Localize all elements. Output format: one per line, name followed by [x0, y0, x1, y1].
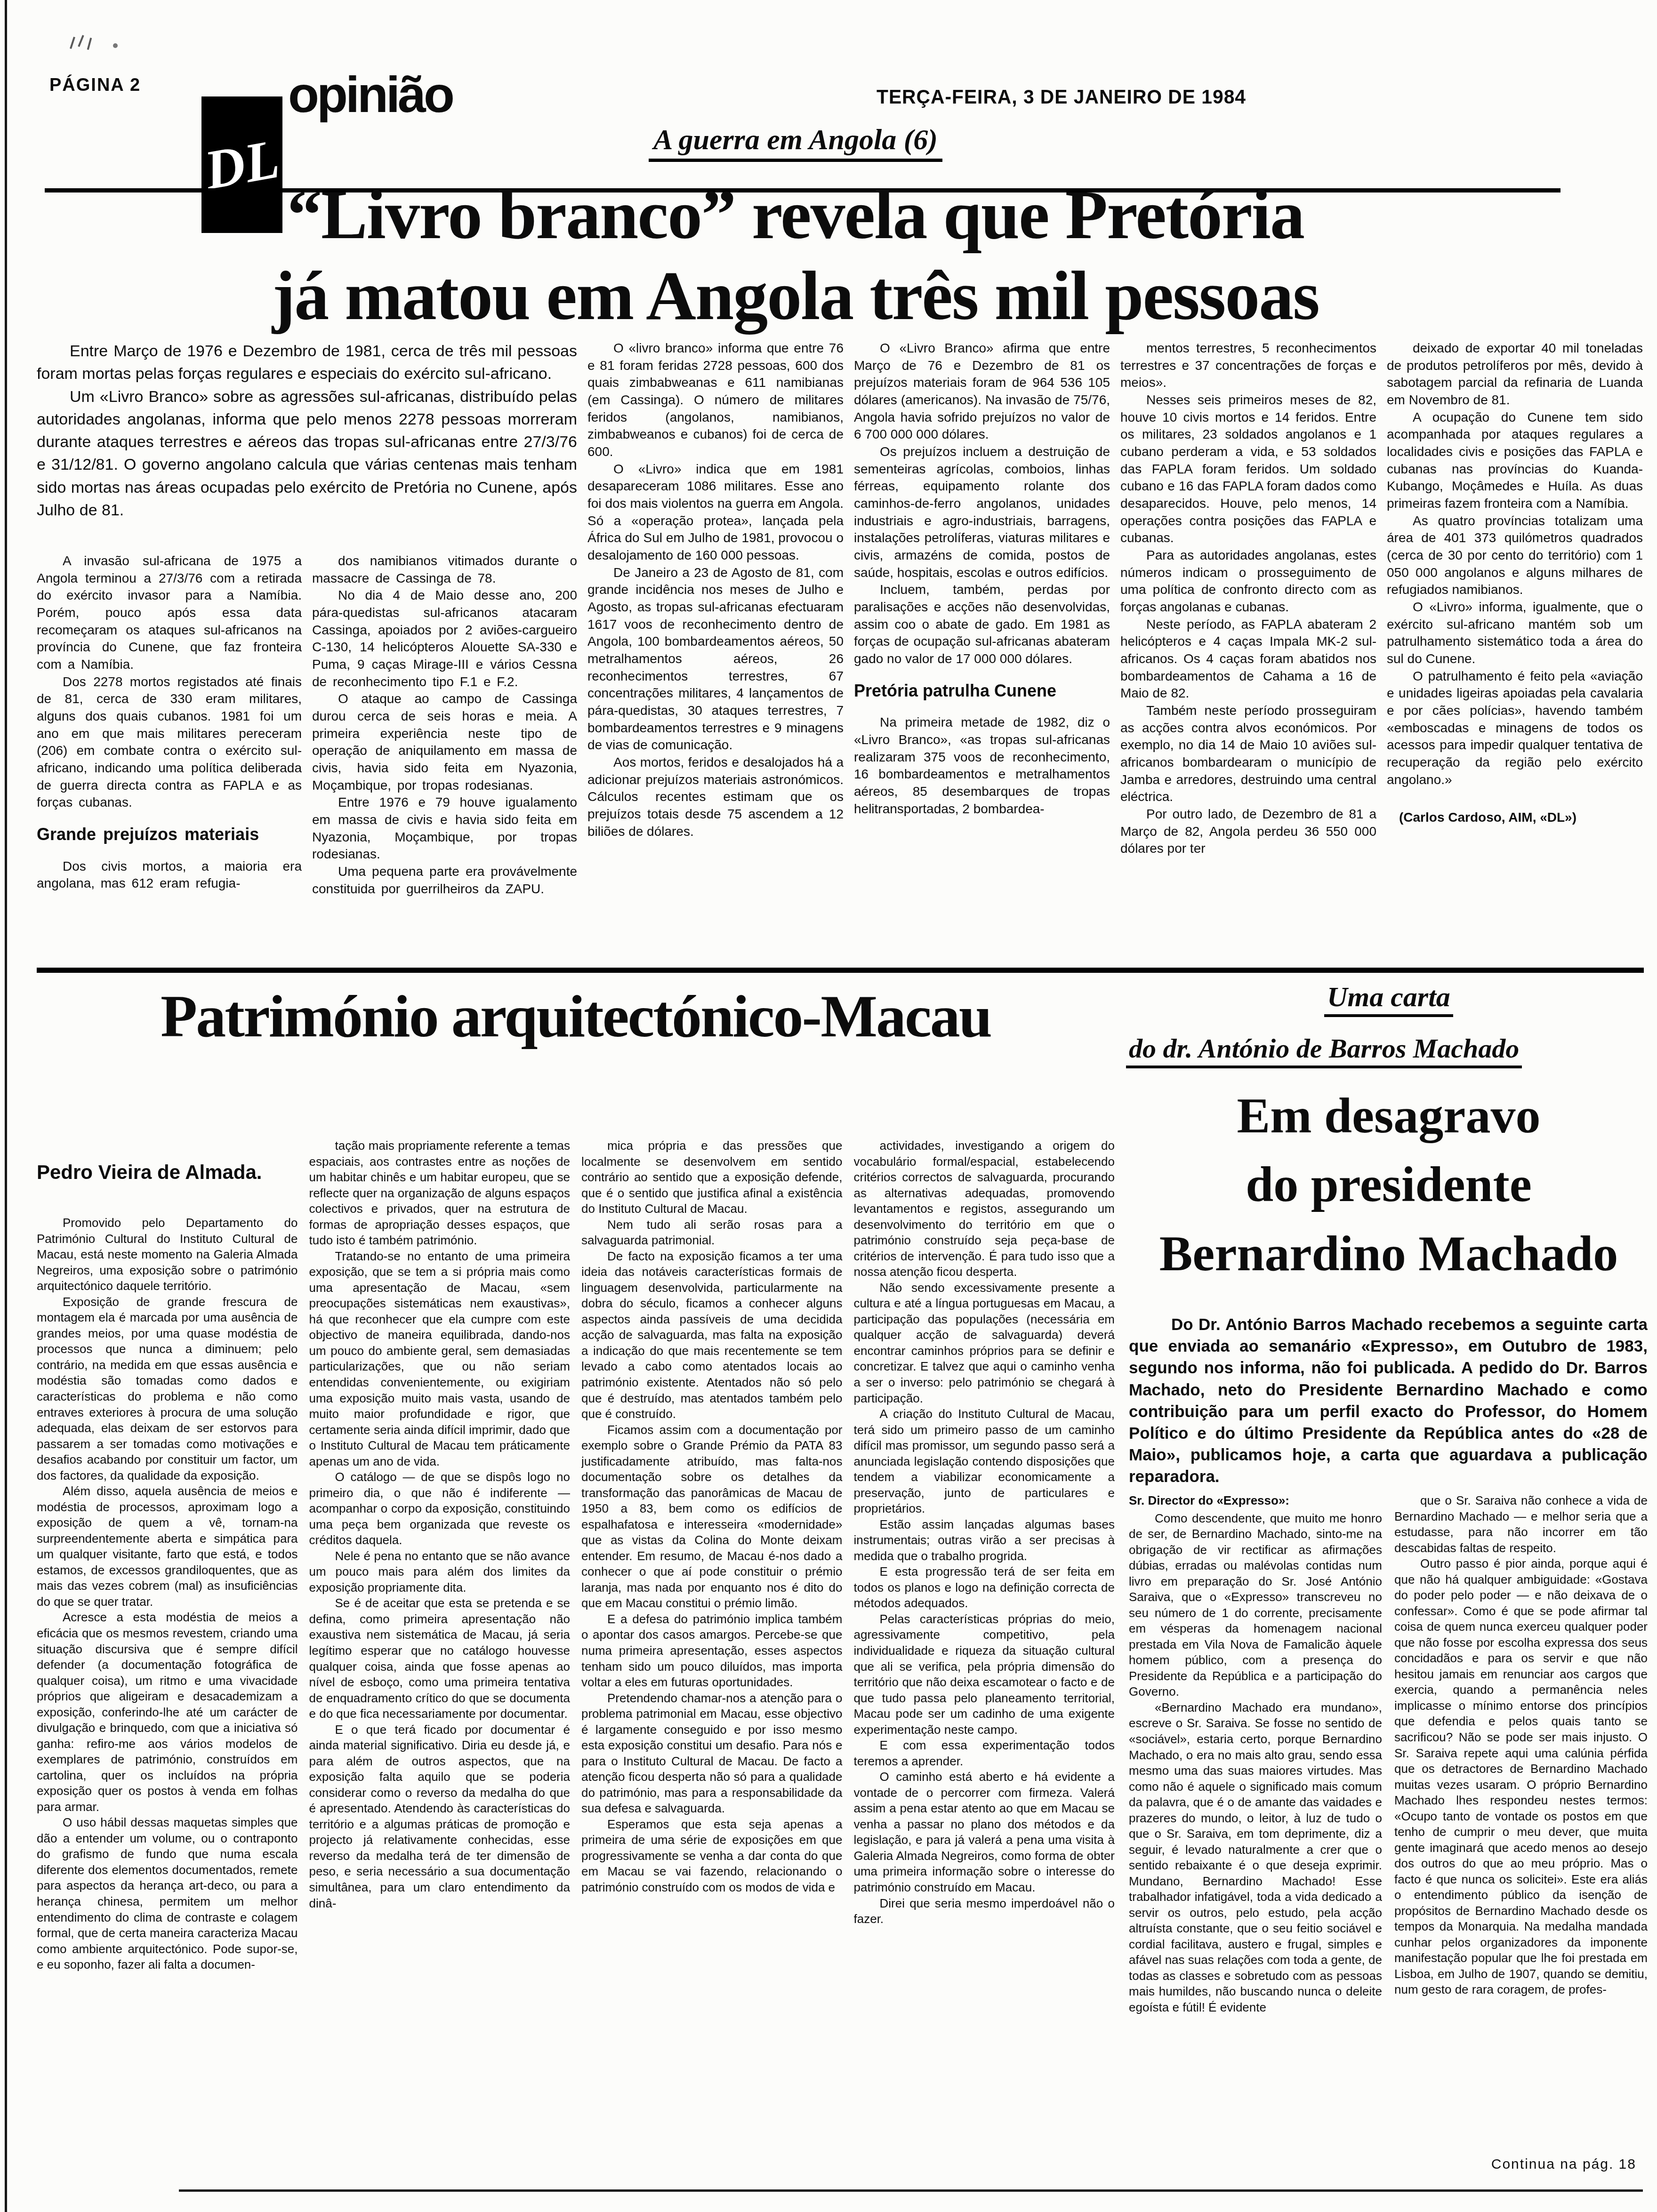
paragraph: Promovido pelo Departamento do Patrimóni…: [37, 1215, 298, 1294]
section-title: opinião: [288, 65, 452, 124]
paragraph: A criação do Instituto Cultural de Macau…: [854, 1406, 1115, 1517]
paragraph: actividades, investigando a origem do vo…: [854, 1138, 1115, 1280]
paragraph: Incluem, também, perdas por paralisações…: [854, 581, 1110, 667]
paragraph: Estão assim lançadas algumas bases instr…: [854, 1517, 1115, 1564]
page-number-label: PÁGINA 2: [49, 75, 141, 96]
paragraph: Se é de aceitar que esta se pretenda e s…: [309, 1595, 571, 1722]
paragraph: O caminho está aberto e há evidente a vo…: [854, 1769, 1115, 1895]
text-column: mentos terrestres, 5 reconhecimentos ter…: [1120, 340, 1376, 961]
paragraph: De Janeiro a 23 de Agosto de 81, com gra…: [587, 564, 844, 754]
angola-columns-1-2: A invasão sul-africana de 1975 a Angola …: [37, 553, 577, 961]
paragraph: Por outro lado, de Dezembro de 81 a Març…: [1120, 806, 1376, 858]
paragraph: A invasão sul-africana de 1975 a Angola …: [37, 553, 302, 673]
paragraph: Nem tudo ali serão rosas para a salvagua…: [581, 1217, 843, 1249]
paragraph: Do Dr. António Barros Machado recebemos …: [1129, 1314, 1648, 1488]
paragraph: Aos mortos, feridos e desalojados há a a…: [587, 754, 844, 840]
headline-line: Bernardino Machado: [1130, 1219, 1648, 1288]
paragraph: tação mais propriamente referente a tema…: [309, 1138, 571, 1249]
letter-salutation: Sr. Director do «Expresso»:: [1129, 1493, 1382, 1509]
paragraph: Para as autoridades angolanas, estes núm…: [1120, 547, 1376, 616]
pencil-marks: [70, 37, 75, 49]
paragraph: Acresce a esta modéstia de meios a eficá…: [37, 1610, 298, 1815]
paragraph: O «Livro» informa, igualmente, que o exé…: [1387, 599, 1643, 668]
paragraph: Um «Livro Branco» sobre as agressões sul…: [37, 385, 577, 522]
issue-date: TERÇA-FEIRA, 3 DE JANEIRO DE 1984: [877, 86, 1246, 109]
paragraph: que o Sr. Saraiva não conhece a vida de …: [1394, 1493, 1648, 1556]
paragraph: Outro passo é pior ainda, porque aqui é …: [1394, 1556, 1648, 1998]
headline-line: “Livro branco” revela que Pretória: [28, 175, 1563, 256]
paragraph: O «livro branco» informa que entre 76 e …: [587, 340, 844, 461]
lead-paragraphs: Entre Março de 1976 e Dezembro de 1981, …: [37, 340, 577, 553]
headline-line: do presidente: [1130, 1150, 1648, 1219]
paragraph: De facto na exposição ficamos a ter uma …: [581, 1249, 843, 1422]
paragraph: No dia 4 de Maio desse ano, 200 pára-que…: [312, 587, 577, 690]
continuation-note: Continua na pág. 18: [1130, 2156, 1636, 2172]
paragraph: Neste período, as FAPLA abateram 2 helic…: [1120, 616, 1376, 702]
paragraph: deixado de exportar 40 mil toneladas de …: [1387, 340, 1643, 409]
paragraph: A ocupação do Cunene tem sido acompanhad…: [1387, 409, 1643, 513]
paragraph: Dos civis mortos, a maioria era angolana…: [37, 858, 302, 892]
paragraph: Exposição de grande frescura de montagem…: [37, 1294, 298, 1483]
paragraph: Direi que seria mesmo imperdoável não o …: [854, 1896, 1115, 1927]
paragraph: mentos terrestres, 5 reconhecimentos ter…: [1120, 340, 1376, 392]
page-edge-line: [5, 0, 7, 2212]
paragraph: E a defesa do património implica também …: [581, 1611, 843, 1691]
letter-intro: Do Dr. António Barros Machado recebemos …: [1129, 1314, 1648, 1488]
paragraph: Como descendente, que muito me honro de …: [1129, 1511, 1382, 1700]
text-column: deixado de exportar 40 mil toneladas de …: [1387, 340, 1643, 961]
letter-kicker-line2: do dr. António de Barros Machado: [1126, 1033, 1648, 1064]
text-column: O «livro branco» informa que entre 76 e …: [587, 340, 844, 961]
paragraph: E esta progressão terá de ser feita em t…: [854, 1564, 1115, 1611]
bottom-rule: [179, 2189, 1643, 2192]
paragraph: Nesses seis primeiros meses de 82, houve…: [1120, 392, 1376, 547]
macau-byline: Pedro Vieira de Almada.: [37, 1160, 298, 1185]
paragraph: dos namibianos vitimados durante o massa…: [312, 553, 577, 587]
paragraph: Pretendendo chamar-nos a atenção para o …: [581, 1691, 843, 1817]
paragraph: Esperamos que esta seja apenas a primeir…: [581, 1817, 843, 1896]
text-column: tação mais propriamente referente a tema…: [309, 1138, 571, 2191]
text-column: dos namibianos vitimados durante o massa…: [312, 553, 577, 961]
ink-spot: [113, 43, 118, 48]
paragraph: O uso hábil dessas maquetas simples que …: [37, 1815, 298, 1972]
section-divider-rule: [37, 968, 1644, 973]
paragraph: O «Livro Branco» afirma que entre Março …: [854, 340, 1110, 443]
text-column: actividades, investigando a origem do vo…: [854, 1138, 1115, 2191]
headline-line: Em desagravo: [1130, 1082, 1648, 1150]
paragraph: Não sendo excessivamente presente a cult…: [854, 1280, 1115, 1406]
letter-body: Sr. Director do «Expresso»: Como descend…: [1129, 1493, 1648, 2151]
text-column: Pedro Vieira de Almada. Promovido pelo D…: [37, 1138, 298, 2191]
macau-article-headline: Património arquitectónico-Macau: [37, 982, 1115, 1051]
newspaper-page: PÁGINA 2 DL opinião TERÇA-FEIRA, 3 DE JA…: [0, 0, 1657, 2212]
paragraph: O catálogo — de que se dispôs logo no pr…: [309, 1469, 571, 1548]
angola-article-body: Entre Março de 1976 e Dezembro de 1981, …: [37, 340, 1643, 961]
macau-article-body: Pedro Vieira de Almada. Promovido pelo D…: [37, 1138, 1115, 2191]
paragraph: O patrulhamento é feito pela «aviação e …: [1387, 668, 1643, 789]
paragraph: Pelas características próprias do meio, …: [854, 1611, 1115, 1738]
text-column: mica própria e das pressões que localmen…: [581, 1138, 843, 2191]
author-credit: (Carlos Cardoso, AIM, «DL»): [1387, 809, 1643, 826]
paragraph: Entre Março de 1976 e Dezembro de 1981, …: [37, 340, 577, 385]
paragraph: Também neste período prosseguiram as acç…: [1120, 702, 1376, 806]
text-column: que o Sr. Saraiva não conhece a vida de …: [1394, 1493, 1648, 2151]
paragraph: As quatro províncias totalizam uma área …: [1387, 513, 1643, 599]
angola-article-kicker: A guerra em Angola (6): [28, 123, 1563, 157]
angola-lead-and-columns: Entre Março de 1976 e Dezembro de 1981, …: [37, 340, 577, 961]
paragraph: Tratando-se no entanto de uma primeira e…: [309, 1249, 571, 1469]
paragraph: Ficamos assim com a documentação por exe…: [581, 1422, 843, 1611]
angola-article-headline: “Livro branco” revela que Pretória já ma…: [28, 175, 1563, 337]
paragraph: Entre 1976 e 79 houve igualamento em mas…: [312, 794, 577, 863]
pencil-marks: [78, 35, 84, 47]
paragraph: O «Livro» indica que em 1981 desaparecer…: [587, 461, 844, 564]
paragraph: Uma pequena parte era provávelmente cons…: [312, 863, 577, 898]
paragraph: Nele é pena no entanto que se não avance…: [309, 1548, 571, 1596]
paragraph: «Bernardino Machado era mundano», escrev…: [1129, 1700, 1382, 2016]
paragraph: Os prejuízos incluem a destruição de sem…: [854, 443, 1110, 581]
paragraph: Além disso, aquela ausência de meios e m…: [37, 1483, 298, 1610]
paragraph: Na primeira metade de 1982, diz o «Livro…: [854, 714, 1110, 817]
paragraph: mica própria e das pressões que localmen…: [581, 1138, 843, 1217]
subhead: Pretória patrulha Cunene: [854, 681, 1110, 701]
paragraph: E o que terá ficado por documentar é ain…: [309, 1722, 571, 1911]
paragraph: E com essa experimentação todos teremos …: [854, 1738, 1115, 1769]
letter-kicker-line1: Uma carta: [1130, 981, 1648, 1013]
text-column: A invasão sul-africana de 1975 a Angola …: [37, 553, 302, 961]
pencil-marks: [87, 38, 92, 50]
letter-headline: Em desagravo do presidente Bernardino Ma…: [1130, 1082, 1648, 1288]
paragraph: O ataque ao campo de Cassinga durou cerc…: [312, 690, 577, 794]
text-column: Sr. Director do «Expresso»: Como descend…: [1129, 1493, 1382, 2151]
paragraph: Dos 2278 mortos registados até finais de…: [37, 673, 302, 811]
headline-line: já matou em Angola três mil pessoas: [28, 256, 1563, 337]
subhead: Grande prejuízos materiais: [37, 825, 302, 844]
text-column: O «Livro Branco» afirma que entre Março …: [854, 340, 1110, 961]
